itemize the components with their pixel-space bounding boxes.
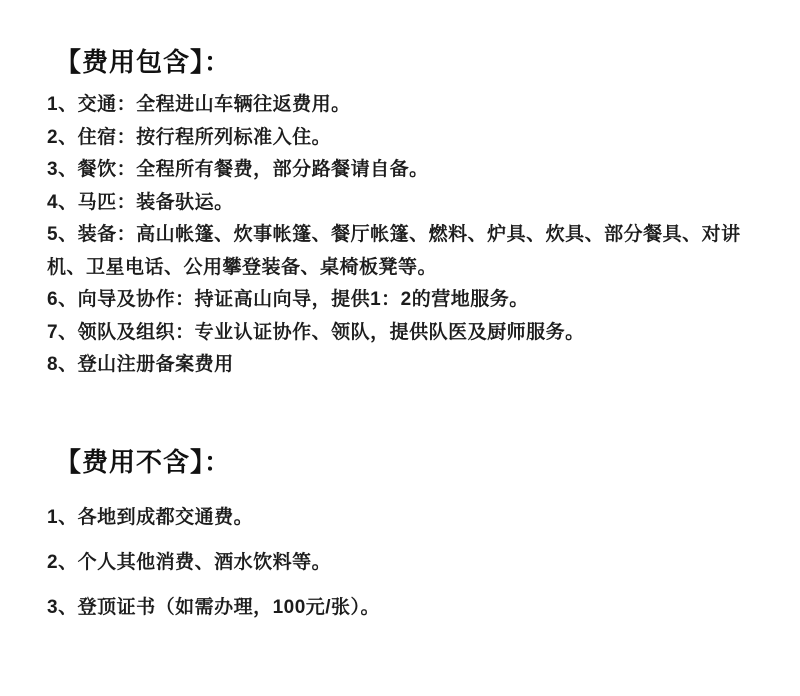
fees-excluded-list: 1、各地到成都交通费。 2、个人其他消费、酒水饮料等。 3、登顶证书（如需办理，…: [47, 495, 770, 630]
fee-excluded-item-3: 3、登顶证书（如需办理，100元/张）。: [47, 585, 770, 630]
fee-included-item-5: 5、装备：高山帐篷、炊事帐篷、餐厅帐篷、燃料、炉具、炊具、部分餐具、对讲机、卫星…: [47, 219, 770, 284]
fee-included-item-3: 3、餐饮：全程所有餐费，部分路餐请自备。: [47, 154, 770, 187]
fee-included-item-4: 4、马匹：装备驮运。: [47, 187, 770, 220]
fee-excluded-item-1: 1、各地到成都交通费。: [47, 495, 770, 540]
fee-included-item-7: 7、领队及组织：专业认证协作、领队，提供队医及厨师服务。: [47, 317, 770, 350]
fee-included-item-1: 1、交通：全程进山车辆往返费用。: [47, 89, 770, 122]
fees-excluded-title: 【费用不含】：: [55, 442, 770, 479]
section-fees-excluded: 【费用不含】： 1、各地到成都交通费。 2、个人其他消费、酒水饮料等。 3、登顶…: [47, 442, 770, 630]
fees-included-title: 【费用包含】：: [55, 42, 770, 79]
fee-included-item-6: 6、向导及协作：持证高山向导，提供1：2的营地服务。: [47, 284, 770, 317]
fee-description-document: 【费用包含】： 1、交通：全程进山车辆往返费用。 2、住宿：按行程所列标准入住。…: [0, 0, 800, 696]
section-fees-included: 【费用包含】： 1、交通：全程进山车辆往返费用。 2、住宿：按行程所列标准入住。…: [47, 42, 770, 382]
fee-included-item-2: 2、住宿：按行程所列标准入住。: [47, 122, 770, 155]
fee-included-item-8: 8、登山注册备案费用: [47, 349, 770, 382]
fees-included-list: 1、交通：全程进山车辆往返费用。 2、住宿：按行程所列标准入住。 3、餐饮：全程…: [47, 89, 770, 382]
fee-excluded-item-2: 2、个人其他消费、酒水饮料等。: [47, 540, 770, 585]
